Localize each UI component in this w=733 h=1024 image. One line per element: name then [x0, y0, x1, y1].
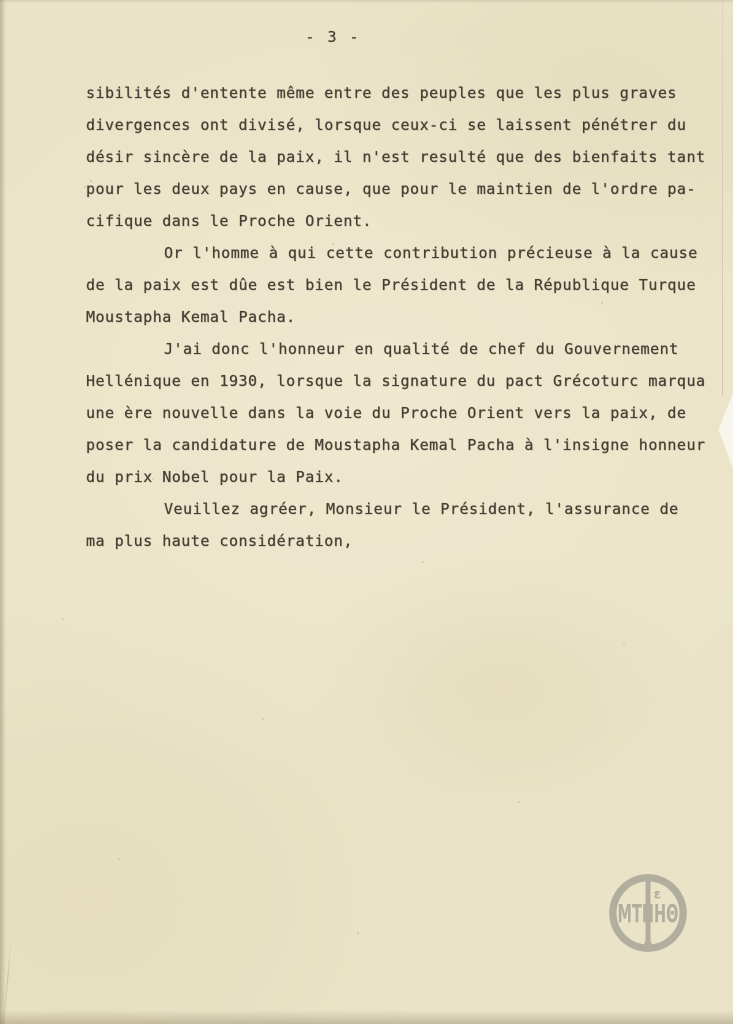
typewritten-line: Moustapha Kemal Pacha. [86, 301, 731, 333]
typewritten-line: J'ai donc l'honneur en qualité de chef d… [86, 333, 731, 365]
typewritten-line: divergences ont divisé, lorsque ceux-ci … [86, 109, 731, 141]
page-bottom-edge-shadow [0, 1010, 733, 1024]
typewritten-line: de la paix est dûe est bien le Président… [86, 269, 731, 301]
typewritten-line: Or l'homme à qui cette contribution préc… [86, 237, 731, 269]
page-left-edge-shadow [0, 0, 6, 1024]
archive-stamp-icon: ΜΤΝΗΘ ε Δ [606, 871, 690, 955]
page-top-edge-shadow [0, 0, 733, 3]
paper-specks-texture [0, 0, 2, 2]
page-number: - 3 - [0, 28, 666, 46]
typewritten-line: ma plus haute considération, [86, 525, 731, 557]
typewritten-line: sibilités d'entente même entre des peupl… [86, 77, 731, 109]
stamp-monogram: ΜΤΝΗΘ [618, 899, 679, 928]
letter-body: sibilités d'entente même entre des peupl… [86, 77, 731, 557]
typewritten-line: Hellénique en 1930, lorsque la signature… [86, 365, 731, 397]
typewritten-line: du prix Nobel pour la Paix. [86, 461, 731, 493]
typewritten-line: poser la candidature de Moustapha Kemal … [86, 429, 731, 461]
typewritten-line: Veuillez agréer, Monsieur le Président, … [86, 493, 731, 525]
typewritten-line: cifique dans le Proche Orient. [86, 205, 731, 237]
typewritten-line: désir sincère de la paix, il n'est resul… [86, 141, 731, 173]
scanned-letter-page: - 3 - sibilités d'entente même entre des… [0, 0, 733, 1024]
stamp-upper-mark: ε [654, 886, 662, 902]
typewritten-line: pour les deux pays en cause, que pour le… [86, 173, 731, 205]
typewritten-line: une ère nouvelle dans la voie du Proche … [86, 397, 731, 429]
stamp-lower-mark: Δ [644, 936, 653, 948]
